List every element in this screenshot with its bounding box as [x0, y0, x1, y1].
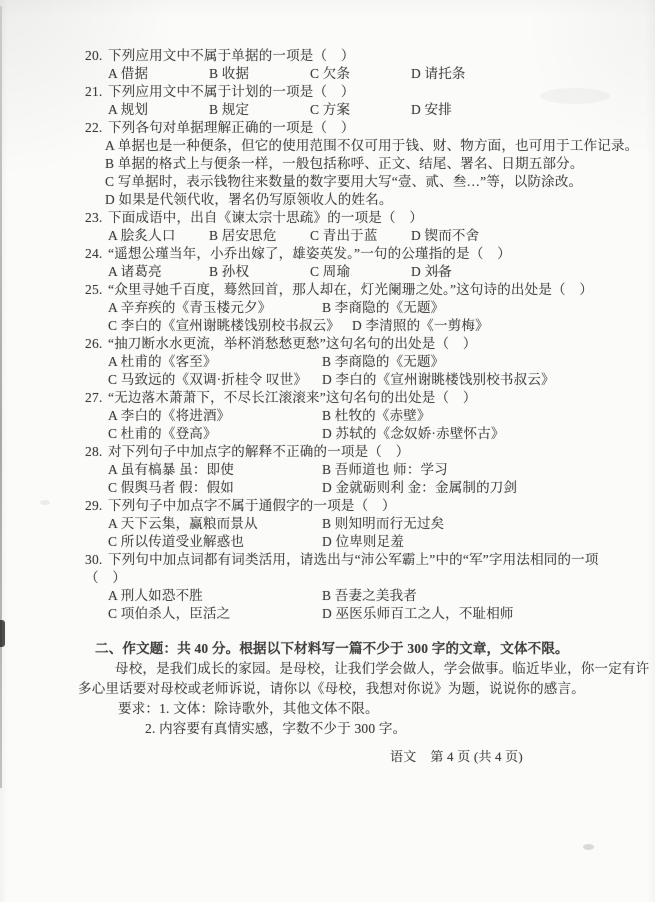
option-a: A 诸葛亮 [108, 263, 209, 281]
question-number: 24. [85, 245, 108, 263]
scanned-exam-page: 20.下列应用文中不属于单据的一项是（ ） A 借据 B 收据 C 欠条 D 请… [0, 0, 655, 902]
question-25: 25.“众里寻她千百度，蓦然回首，那人却在，灯光阑珊之处。”这句诗的出处是（ ）… [85, 281, 635, 335]
question-stem: 27.“无边落木萧萧下，不尽长江滚滚来”这句名句的出处是（ ） [85, 389, 635, 407]
question-stem-text: “抽刀断水水更流，举杯消愁愁更愁”这句名句的出处是（ ） [108, 336, 477, 351]
question-number: 30. [85, 551, 108, 569]
question-stem-text: 下列句子中加点字不属于通假字的一项是（ ） [108, 498, 396, 513]
footer-subject: 语文 [390, 749, 416, 764]
option-a: A 规划 [108, 101, 209, 119]
option-a: A 借据 [108, 65, 209, 83]
option-a: A 单据也是一种便条，但它的使用范围不仅可用于钱、财、物方面，也可用于工作记录。 [85, 137, 635, 155]
option-c: C 写单据时，表示钱物往来数量的数字要用大写“壹、贰、叁…”等，以防涂改。 [85, 173, 635, 191]
question-stem: 22.下列各句对单据理解正确的一项是（ ） [85, 119, 635, 137]
question-number: 25. [85, 281, 108, 299]
option-d: D 刘备 [411, 263, 452, 281]
question-number: 22. [85, 119, 108, 137]
option-c: C 李白的《宣州谢眺楼饯别校书叔云》 [108, 317, 340, 335]
option-c: C 所以传道受业解惑也 [108, 533, 310, 551]
question-stem-text: “无边落木萧萧下，不尽长江滚滚来”这句名句的出处是（ ） [108, 390, 477, 405]
question-stem: 23.下面成语中，出自《谏太宗十思疏》的一项是（ ） [85, 209, 635, 227]
question-22: 22.下列各句对单据理解正确的一项是（ ） A 单据也是一种便条，但它的使用范围… [85, 119, 635, 209]
question-number: 27. [85, 389, 108, 407]
option-d: D 位卑则足羞 [322, 533, 404, 551]
option-d: D 苏轼的《念奴娇·赤壁怀古》 [322, 425, 505, 443]
option-b: B 李商隐的《无题》 [322, 353, 444, 371]
option-a: A 杜甫的《客至》 [108, 353, 310, 371]
question-23: 23.下面成语中，出自《谏太宗十思疏》的一项是（ ） A 脍炙人口 B 居安思危… [85, 209, 635, 245]
option-b: B 则知明而行无过矣 [322, 515, 444, 533]
option-a: A 辛弃疾的《青玉楼元夕》 [108, 299, 310, 317]
option-d: D 李白的《宣州谢眺楼饯别校书叔云》 [322, 371, 555, 389]
options-row: A 李白的《将进酒》 B 杜牧的《赤壁》 [85, 407, 635, 425]
question-stem-text: 下列各句对单据理解正确的一项是（ ） [108, 120, 355, 135]
options-row: A 天下云集，赢粮而景从 B 则知明而行无过矣 [85, 515, 635, 533]
question-stem-text: “遥想公瑾当年，小乔出嫁了，雄姿英发。”一句的公瑾指的是（ ） [108, 246, 511, 261]
option-d: D 安排 [411, 101, 452, 119]
question-stem-text: 下列应用文中不属于单据的一项是（ ） [108, 48, 355, 63]
option-b: B 单据的格式上与便条一样，一般包括称呼、正文、结尾、署名、日期五部分。 [85, 155, 635, 173]
option-b: B 吾师道也 师：学习 [322, 461, 448, 479]
option-c: C 周瑜 [310, 263, 411, 281]
options-row: A 规划 B 规定 C 方案 D 安排 [85, 101, 635, 119]
question-21: 21.下列应用文中不属于计划的一项是（ ） A 规划 B 规定 C 方案 D 安… [85, 83, 635, 119]
question-stem-wrap: （ ） [85, 569, 635, 587]
option-b: B 李商隐的《无题》 [322, 299, 444, 317]
option-b: B 杜牧的《赤壁》 [322, 407, 431, 425]
essay-heading: 二、作文题：共 40 分。根据以下材料写一篇不少于 300 字的文章，文体不限。 [95, 639, 635, 659]
option-d: D 请托条 [411, 65, 466, 83]
options-row: C 杜甫的《登高》 D 苏轼的《念奴娇·赤壁怀古》 [85, 425, 635, 443]
question-stem: 20.下列应用文中不属于单据的一项是（ ） [85, 47, 635, 65]
option-b: B 居安思危 [209, 227, 310, 245]
options-row: C 李白的《宣州谢眺楼饯别校书叔云》 D 李清照的《一剪梅》 [85, 317, 635, 335]
option-d: D 锲而不舍 [411, 227, 479, 245]
question-20: 20.下列应用文中不属于单据的一项是（ ） A 借据 B 收据 C 欠条 D 请… [85, 47, 635, 83]
option-c: C 杜甫的《登高》 [108, 425, 310, 443]
option-c: C 欠条 [310, 65, 411, 83]
question-stem: 21.下列应用文中不属于计划的一项是（ ） [85, 83, 635, 101]
option-d: D 巫医乐师百工之人，不耻相师 [322, 605, 514, 623]
scan-smudge [583, 844, 594, 850]
essay-section: 二、作文题：共 40 分。根据以下材料写一篇不少于 300 字的文章，文体不限。… [78, 639, 635, 767]
options-row: C 假舆马者 假：假如 D 金就砺则利 金：金属制的刀剑 [85, 479, 635, 497]
option-c: C 方案 [310, 101, 411, 119]
options-row: A 辛弃疾的《青玉楼元夕》 B 李商隐的《无题》 [85, 299, 635, 317]
essay-requirement-2: 2. 内容要有真情实感，字数不少于 300 字。 [145, 719, 635, 739]
options-row: A 虽有槁暴 虽：即使 B 吾师道也 师：学习 [85, 461, 635, 479]
essay-requirement-1: 要求：1. 文体：除诗歌外，其他文体不限。 [118, 699, 635, 719]
essay-material-line2: 多心里话要对母校或老师诉说，请你以《母校，我想对你说》为题，说说你的感言。 [78, 679, 635, 699]
options-row: A 诸葛亮 B 孙权 C 周瑜 D 刘备 [85, 263, 635, 281]
options-row: A 杜甫的《客至》 B 李商隐的《无题》 [85, 353, 635, 371]
question-24: 24.“遥想公瑾当年，小乔出嫁了，雄姿英发。”一句的公瑾指的是（ ） A 诸葛亮… [85, 245, 635, 281]
option-c: C 项伯杀人，臣活之 [108, 605, 310, 623]
page-footer: 语文第 4 页 (共 4 页) [390, 747, 635, 767]
question-number: 29. [85, 497, 108, 515]
footer-page-number: 第 4 页 (共 4 页) [430, 749, 523, 764]
option-b: B 规定 [209, 101, 310, 119]
option-b: B 收据 [209, 65, 310, 83]
question-stem: 24.“遥想公瑾当年，小乔出嫁了，雄姿英发。”一句的公瑾指的是（ ） [85, 245, 635, 263]
question-29: 29.下列句子中加点字不属于通假字的一项是（ ） A 天下云集，赢粮而景从 B … [85, 497, 635, 551]
option-a: A 脍炙人口 [108, 227, 209, 245]
option-c: C 马致远的《双调·折桂令 叹世》 [108, 371, 310, 389]
question-stem-text: 下面成语中，出自《谏太宗十思疏》的一项是（ ） [108, 210, 423, 225]
question-28: 28.对下列句子中加点字的解释不正确的一项是（ ） A 虽有槁暴 虽：即使 B … [85, 443, 635, 497]
options-row: A 脍炙人口 B 居安思危 C 青出于蓝 D 锲而不舍 [85, 227, 635, 245]
question-stem-text: “众里寻她千百度，蓦然回首，那人却在，灯光阑珊之处。”这句诗的出处是（ ） [108, 282, 593, 297]
question-stem: 28.对下列句子中加点字的解释不正确的一项是（ ） [85, 443, 635, 461]
question-number: 26. [85, 335, 108, 353]
question-26: 26.“抽刀断水水更流，举杯消愁愁更愁”这句名句的出处是（ ） A 杜甫的《客至… [85, 335, 635, 389]
question-stem: 29.下列句子中加点字不属于通假字的一项是（ ） [85, 497, 635, 515]
option-d: D 金就砺则利 金：金属制的刀剑 [322, 479, 517, 497]
question-stem-text: 下列应用文中不属于计划的一项是（ ） [108, 84, 355, 99]
option-b: B 吾妻之美我者 [322, 587, 417, 605]
option-b: B 孙权 [209, 263, 310, 281]
option-a: A 虽有槁暴 虽：即使 [108, 461, 310, 479]
options-row: C 所以传道受业解惑也 D 位卑则足羞 [85, 533, 635, 551]
question-27: 27.“无边落木萧萧下，不尽长江滚滚来”这句名句的出处是（ ） A 李白的《将进… [85, 389, 635, 443]
option-a: A 刑人如恐不胜 [108, 587, 310, 605]
question-number: 23. [85, 209, 108, 227]
question-number: 28. [85, 443, 108, 461]
option-d: D 如果是代领代收，署名仍写原领收人的姓名。 [85, 191, 635, 209]
options-row: A 刑人如恐不胜 B 吾妻之美我者 [85, 587, 635, 605]
options-row: A 借据 B 收据 C 欠条 D 请托条 [85, 65, 635, 83]
question-stem: 25.“众里寻她千百度，蓦然回首，那人却在，灯光阑珊之处。”这句诗的出处是（ ） [85, 281, 635, 299]
question-number: 20. [85, 47, 108, 65]
options-row: C 项伯杀人，臣活之 D 巫医乐师百工之人，不耻相师 [85, 605, 635, 623]
question-stem-text: 对下列句子中加点字的解释不正确的一项是（ ） [108, 444, 409, 459]
question-stem-text: 下列句中加点词都有词类活用，请选出与“沛公军霸上”中的“军”字用法相同的一项 [108, 552, 599, 567]
question-30: 30.下列句中加点词都有词类活用，请选出与“沛公军霸上”中的“军”字用法相同的一… [85, 551, 635, 623]
exam-content: 20.下列应用文中不属于单据的一项是（ ） A 借据 B 收据 C 欠条 D 请… [0, 0, 655, 767]
option-a: A 天下云集，赢粮而景从 [108, 515, 310, 533]
option-d: D 李清照的《一剪梅》 [352, 317, 489, 335]
question-stem: 30.下列句中加点词都有词类活用，请选出与“沛公军霸上”中的“军”字用法相同的一… [85, 551, 635, 569]
question-stem: 26.“抽刀断水水更流，举杯消愁愁更愁”这句名句的出处是（ ） [85, 335, 635, 353]
option-c: C 青出于蓝 [310, 227, 411, 245]
essay-material-line1: 母校，是我们成长的家园。是母校，让我们学会做人，学会做事。临近毕业，你一定有许 [115, 659, 635, 679]
option-a: A 李白的《将进酒》 [108, 407, 310, 425]
option-c: C 假舆马者 假：假如 [108, 479, 310, 497]
options-row: C 马致远的《双调·折桂令 叹世》 D 李白的《宣州谢眺楼饯别校书叔云》 [85, 371, 635, 389]
question-number: 21. [85, 83, 108, 101]
